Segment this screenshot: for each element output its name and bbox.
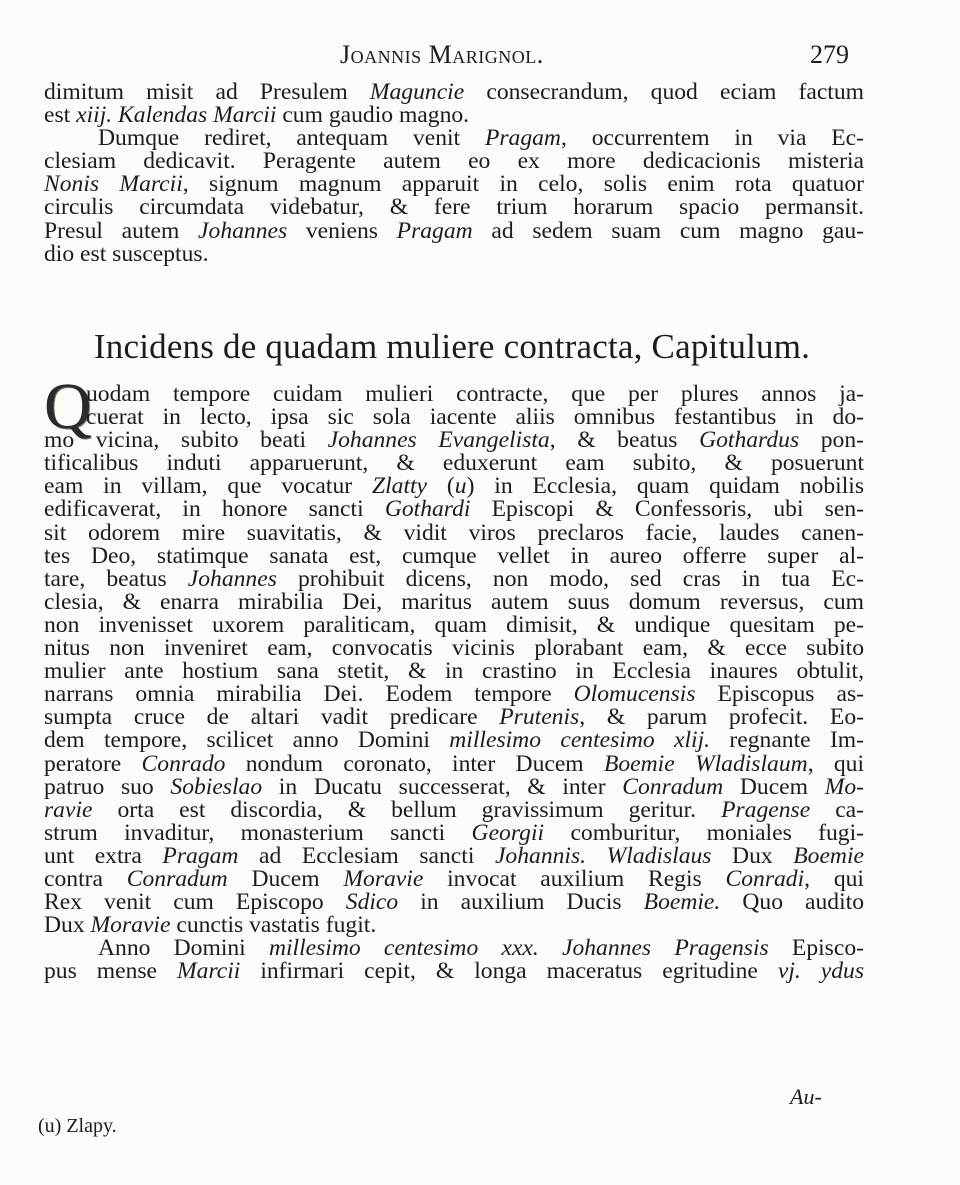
text-run: dio est susceptus.	[44, 241, 209, 267]
text-line: circulis circumdata videbatur, & fere tr…	[44, 196, 864, 219]
text-run: dimitum misit ad Presulem	[44, 79, 370, 105]
chapter-heading: Incidens de quadam muliere contracta, Ca…	[62, 327, 842, 367]
italic-text: Conrado	[142, 751, 226, 777]
text-line: non invenisset uxorem paraliticam, quam …	[44, 614, 864, 637]
text-run: , occurrentem in via Ec-	[561, 125, 864, 151]
italic-text: Conradum	[127, 866, 228, 892]
text-run: , & beatus	[550, 427, 699, 453]
page-number: 279	[810, 40, 849, 70]
text-line: mo vicina, subito beati Johannes Evangel…	[44, 429, 864, 452]
italic-text: Johannes	[188, 566, 277, 592]
text-line: uodam tempore cuidam mulieri contracte, …	[44, 383, 864, 406]
text-run: ad sedem suam cum magno gau-	[473, 218, 864, 244]
book-page: Joannis Marignol. 279 dimitum misit ad P…	[0, 0, 960, 1185]
italic-text: Boemie Wladislaum	[604, 751, 808, 777]
italic-text: millesimo centesimo xxx. Johannes Pragen…	[269, 935, 769, 961]
text-run: veniens	[287, 218, 396, 244]
text-run: , & parum profecit. Eo-	[579, 704, 864, 730]
text-line: contra Conradum Ducem Moravie invocat au…	[44, 868, 864, 891]
text-line: patruo suo Sobieslao in Ducatu successer…	[44, 776, 864, 799]
text-line: edificaverat, in honore sancti Gothardi …	[44, 498, 864, 521]
text-run: cunctis vastatis fugit.	[170, 912, 376, 938]
italic-text: Gothardus	[699, 427, 799, 453]
italic-text: Sdico	[346, 889, 398, 915]
text-line: Rex venit cum Episcopo Sdico in auxilium…	[44, 891, 864, 914]
italic-text: Georgii	[472, 820, 545, 846]
running-title: Joannis Marignol.	[340, 40, 544, 70]
text-line: est xiij. Kalendas Marcii cum gaudio mag…	[44, 104, 864, 127]
italic-text: Pragam	[485, 125, 561, 151]
text-run: in Ducatu successerat, & inter	[262, 774, 622, 800]
text-run: Episco-	[769, 935, 864, 961]
text-run: Dux	[44, 912, 91, 938]
text-line: strum invaditur, monasterium sancti Geor…	[44, 822, 864, 845]
text-run: peratore	[44, 751, 142, 777]
text-run: ca-	[810, 797, 864, 823]
text-line: dimitum misit ad Presulem Maguncie conse…	[44, 81, 864, 104]
italic-text: vj. ydus	[778, 958, 864, 984]
italic-text: Pragam	[162, 843, 238, 869]
text-run: Episcopus as-	[696, 681, 864, 707]
text-run	[586, 843, 607, 869]
text-run: est	[44, 102, 76, 128]
italic-text: Prutenis	[499, 704, 579, 730]
text-run: regnante Im-	[710, 727, 864, 753]
text-run: comburitur, moniales fugi-	[544, 820, 864, 846]
text-line: tare, beatus Johannes prohibuit dicens, …	[44, 568, 864, 591]
text-run: Episcopi & Confessoris, ubi sen-	[470, 496, 864, 522]
text-run: in auxilium Ducis	[398, 889, 643, 915]
italic-text: Wladislaus	[607, 843, 712, 869]
text-run: nitus non inveniret eam, convocatis vici…	[44, 635, 864, 661]
italic-text: Johannis.	[495, 843, 586, 869]
italic-text: Zlatty	[372, 473, 427, 499]
running-head: Joannis Marignol. 279	[0, 40, 960, 74]
italic-text: Maguncie	[370, 79, 464, 105]
text-line: Nonis Marcii, signum magnum apparuit in …	[44, 173, 864, 196]
text-run: sit odorem mire suavitatis, & vidit viro…	[44, 520, 864, 546]
text-run: Rex venit cum Episcopo	[44, 889, 346, 915]
italic-text: xiij. Kalendas Marcii	[76, 102, 276, 128]
italic-text: Mo-	[825, 774, 864, 800]
italic-text: Marcii	[177, 958, 240, 984]
footnote: (u) Zlapy.	[38, 1115, 117, 1138]
text-run: , qui	[808, 751, 864, 777]
text-line: nitus non inveniret eam, convocatis vici…	[44, 637, 864, 660]
text-run: dem tempore, scilicet anno Domini	[44, 727, 449, 753]
text-run: edificaverat, in honore sancti	[44, 496, 385, 522]
text-line: Dumque rediret, antequam venit Pragam, o…	[44, 127, 864, 150]
text-line: sit odorem mire suavitatis, & vidit viro…	[44, 522, 864, 545]
text-run: prohibuit dicens, non modo, sed cras in …	[277, 566, 864, 592]
text-run: infirmari cepit, & longa maceratus egrit…	[240, 958, 778, 984]
text-run: Dumque rediret, antequam venit	[98, 125, 485, 151]
text-run: tare, beatus	[44, 566, 188, 592]
italic-text: Nonis Marcii	[44, 171, 183, 197]
text-line: ravie orta est discordia, & bellum gravi…	[44, 799, 864, 822]
italic-text: Moravie	[343, 866, 423, 892]
text-line: sumpta cruce de altari vadit predicare P…	[44, 706, 864, 729]
text-run: patruo suo	[44, 774, 170, 800]
text-run: pon-	[799, 427, 864, 453]
text-line: narrans omnia mirabilia Dei. Eodem tempo…	[44, 683, 864, 706]
italic-text: u	[455, 473, 467, 499]
text-run: cum gaudio magno.	[276, 102, 469, 128]
text-run: non invenisset uxorem paraliticam, quam …	[44, 612, 864, 638]
italic-text: Pragense	[721, 797, 810, 823]
text-run: consecrandum, quod eciam factum	[464, 79, 864, 105]
italic-text: Sobieslao	[170, 774, 262, 800]
text-line: peratore Conrado nondum coronato, inter …	[44, 753, 864, 776]
text-run: Ducem	[228, 866, 344, 892]
text-run: tificalibus induti apparuerunt, & eduxer…	[44, 450, 864, 476]
italic-text: Conradum	[622, 774, 723, 800]
text-run: cuerat in lecto, ipsa sic sola iacente a…	[86, 404, 864, 430]
text-run: strum invaditur, monasterium sancti	[44, 820, 472, 846]
text-run: orta est discordia, & bellum gravissimum…	[92, 797, 721, 823]
italic-text: Johannes Evangelista	[328, 427, 550, 453]
italic-text: Conradi	[725, 866, 804, 892]
text-run: ) in Ecclesia, quam quidam nobilis	[467, 473, 864, 499]
text-line: dio est susceptus.	[44, 243, 864, 266]
text-run: tes Deo, statimque sanata est, cumque ve…	[44, 543, 864, 569]
text-run: nondum coronato, inter Ducem	[225, 751, 603, 777]
text-line: eam in villam, que vocatur Zlatty (u) in…	[44, 475, 864, 498]
text-run: contra	[44, 866, 127, 892]
text-line: Anno Domini millesimo centesimo xxx. Joh…	[44, 937, 864, 960]
text-line: tificalibus induti apparuerunt, & eduxer…	[44, 452, 864, 475]
text-run: , qui	[804, 866, 864, 892]
text-line: pus mense Marcii infirmari cepit, & long…	[44, 960, 864, 983]
italic-text: millesimo centesimo xlij.	[449, 727, 710, 753]
text-run: sumpta cruce de altari vadit predicare	[44, 704, 499, 730]
text-run: Ducem	[723, 774, 824, 800]
text-run: pus mense	[44, 958, 177, 984]
italic-text: ravie	[44, 797, 92, 823]
italic-text: Johannes	[198, 218, 287, 244]
chapter-body: uodam tempore cuidam mulieri contracte, …	[44, 383, 864, 983]
text-run: narrans omnia mirabilia Dei. Eodem tempo…	[44, 681, 574, 707]
text-run: mulier ante hostium sana stetit, & in cr…	[44, 658, 864, 684]
opening-paragraphs: dimitum misit ad Presulem Maguncie conse…	[44, 81, 864, 266]
italic-text: Gothardi	[385, 496, 471, 522]
text-run: (	[427, 473, 455, 499]
text-run: clesiam dedicavit. Peragente autem eo ex…	[44, 148, 864, 174]
text-line: clesiam dedicavit. Peragente autem eo ex…	[44, 150, 864, 173]
text-run: eam in villam, que vocatur	[44, 473, 372, 499]
text-run: invocat auxilium Regis	[423, 866, 725, 892]
italic-text: Boemie	[793, 843, 864, 869]
italic-text: Boemie.	[644, 889, 721, 915]
italic-text: Olomucensis	[574, 681, 696, 707]
text-line: tes Deo, statimque sanata est, cumque ve…	[44, 545, 864, 568]
text-line: cuerat in lecto, ipsa sic sola iacente a…	[44, 406, 864, 429]
catchword: Au-	[790, 1084, 822, 1110]
text-line: Dux Moravie cunctis vastatis fugit.	[44, 914, 864, 937]
italic-text: Moravie	[91, 912, 171, 938]
text-run: uodam tempore cuidam mulieri contracte, …	[86, 381, 864, 407]
text-run: Presul autem	[44, 218, 198, 244]
text-line: Presul autem Johannes veniens Pragam ad …	[44, 220, 864, 243]
text-run: circulis circumdata videbatur, & fere tr…	[44, 194, 864, 220]
text-line: dem tempore, scilicet anno Domini milles…	[44, 729, 864, 752]
text-line: mulier ante hostium sana stetit, & in cr…	[44, 660, 864, 683]
text-run: , signum magnum apparuit in celo, solis …	[183, 171, 864, 197]
text-run: mo vicina, subito beati	[44, 427, 328, 453]
text-run: Dux	[711, 843, 793, 869]
text-run: Quo audito	[720, 889, 864, 915]
text-run: unt extra	[44, 843, 162, 869]
text-run: clesia, & enarra mirabilia Dei, maritus …	[44, 589, 864, 615]
text-run: Anno Domini	[98, 935, 269, 961]
text-run: ad Ecclesiam sancti	[238, 843, 495, 869]
italic-text: Pragam	[397, 218, 473, 244]
text-line: clesia, & enarra mirabilia Dei, maritus …	[44, 591, 864, 614]
text-line: unt extra Pragam ad Ecclesiam sancti Joh…	[44, 845, 864, 868]
